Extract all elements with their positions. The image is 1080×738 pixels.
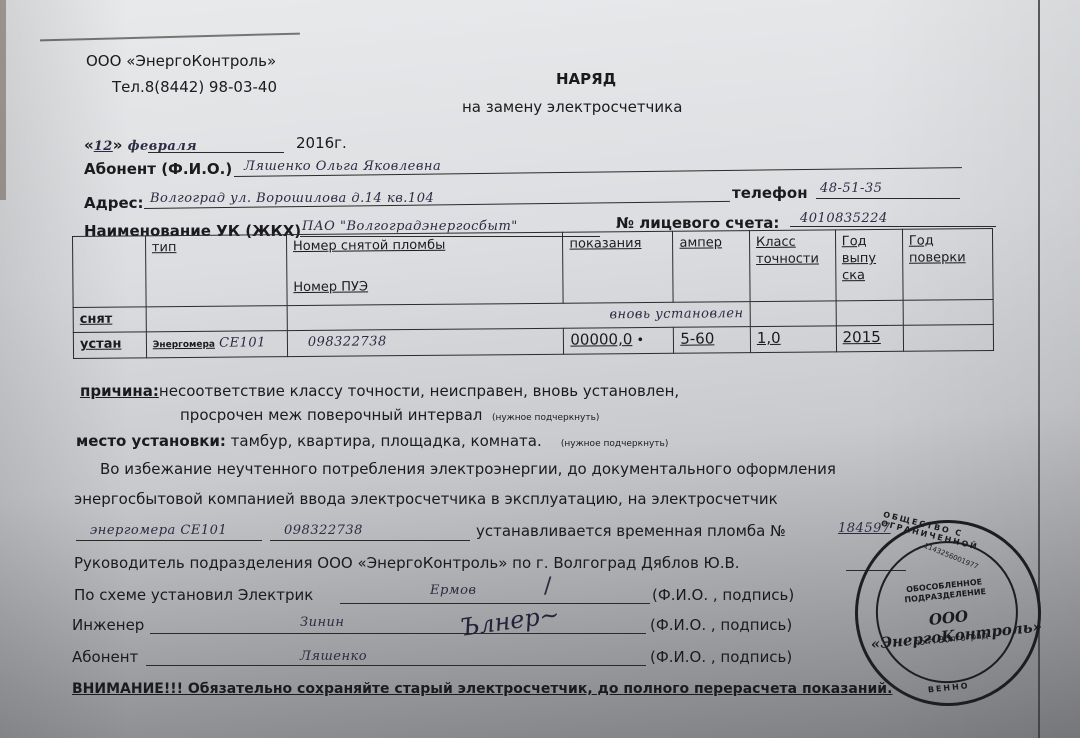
subscriber-label: Абонент (Ф.И.О.) <box>84 160 232 178</box>
pen-mark <box>40 33 300 46</box>
electrician-value: Ермов <box>430 582 476 600</box>
engineer-label: Инженер <box>72 616 144 634</box>
document-subtitle: на замену электросчетчика <box>462 98 682 116</box>
row-removed-verify <box>903 299 994 325</box>
header-type: тип <box>145 235 287 307</box>
address-label: Адрес: <box>84 194 144 212</box>
abonent-label: Абонент <box>72 648 138 666</box>
engineer-fio-hint: (Ф.И.О. , подпись) <box>650 616 792 634</box>
date-day: 12 <box>94 139 113 154</box>
company-phone: Тел.8(8442) 98-03-40 <box>112 78 277 96</box>
document-title: НАРЯД <box>556 70 616 88</box>
electrician-label: По схеме установил Электрик <box>74 586 313 604</box>
stamp-ring-bottom: ВЕННО <box>927 681 969 694</box>
temp-seal-label: устанавливается временная пломба № <box>476 522 786 540</box>
row-installed-seal: 098322738 <box>287 328 564 356</box>
paper-edge <box>0 0 6 200</box>
head-of-department: Руководитель подразделения ООО «ЭнергоКо… <box>74 554 740 572</box>
date-line: «12» февраля <box>84 136 197 156</box>
meter-model-underline <box>76 540 262 541</box>
header-class: Класс точности <box>749 230 835 302</box>
row-removed-type <box>146 306 287 332</box>
abonent-underline <box>146 665 646 666</box>
engineer-underline <box>150 633 646 634</box>
phone-value: 48-51-35 <box>820 180 882 198</box>
work-order-document: ООО «ЭнергоКонтроль» Тел.8(8442) 98-03-4… <box>0 0 1080 738</box>
meter-serial-value: 098322738 <box>284 522 363 540</box>
row-installed-type: Энергомера CE101 <box>146 331 287 358</box>
header-year: Год выпу ска <box>835 229 903 301</box>
paragraph-line-1: Во избежание неучтенного потребления эле… <box>100 460 836 478</box>
row-installed-year: 2015 <box>836 325 903 352</box>
electrician-signature: / <box>544 578 551 596</box>
row-label-installed: устан <box>73 332 146 359</box>
row-installed-class: 1,0 <box>750 326 836 353</box>
warning-text: ВНИМАНИЕ!!! Обязательно сохраняйте стары… <box>72 680 892 698</box>
abonent-value: Ляшенко <box>300 648 367 666</box>
row-label-removed: снят <box>73 307 146 333</box>
header-amper: ампер <box>673 231 750 303</box>
header-seal: Номер снятой пломбы Номер ПУЭ <box>286 232 563 305</box>
reason-line-1: причина:несоответствие классу точности, … <box>80 382 679 400</box>
location-line: место установки: тамбур, квартира, площа… <box>76 432 668 453</box>
meter-table: тип Номер снятой пломбы Номер ПУЭ показа… <box>72 228 1043 359</box>
account-underline <box>790 226 996 227</box>
date-underline <box>148 152 284 153</box>
date-year: 2016г. <box>296 134 347 152</box>
company-name: ООО «ЭнергоКонтроль» <box>86 52 276 70</box>
row-removed-class <box>750 301 836 327</box>
header-empty-cell <box>73 236 146 308</box>
row-installed-verify <box>903 324 994 351</box>
header-reading: показания <box>563 231 674 303</box>
meter-serial-underline <box>270 540 470 541</box>
engineer-value: Зинин <box>300 614 344 632</box>
electrician-underline <box>340 603 650 604</box>
reason-line-2: просрочен меж поверочный интервал (нужно… <box>180 406 599 427</box>
row-removed-year <box>836 300 903 326</box>
table-header-row: тип Номер снятой пломбы Номер ПУЭ показа… <box>73 228 1043 307</box>
row-installed-amper: 5-60 <box>674 327 751 354</box>
meter-model-value: энергомера CE101 <box>90 522 227 540</box>
electrician-fio-hint: (Ф.И.О. , подпись) <box>652 586 794 604</box>
phone-underline <box>816 198 960 199</box>
phone-label: телефон <box>732 184 808 202</box>
header-verify: Год поверки <box>902 228 993 300</box>
abonent-fio-hint: (Ф.И.О. , подпись) <box>650 648 792 666</box>
row-installed-reading: 00000,0 • <box>564 327 674 354</box>
paragraph-line-2: энергосбытовой компанией ввода электросч… <box>74 490 778 508</box>
